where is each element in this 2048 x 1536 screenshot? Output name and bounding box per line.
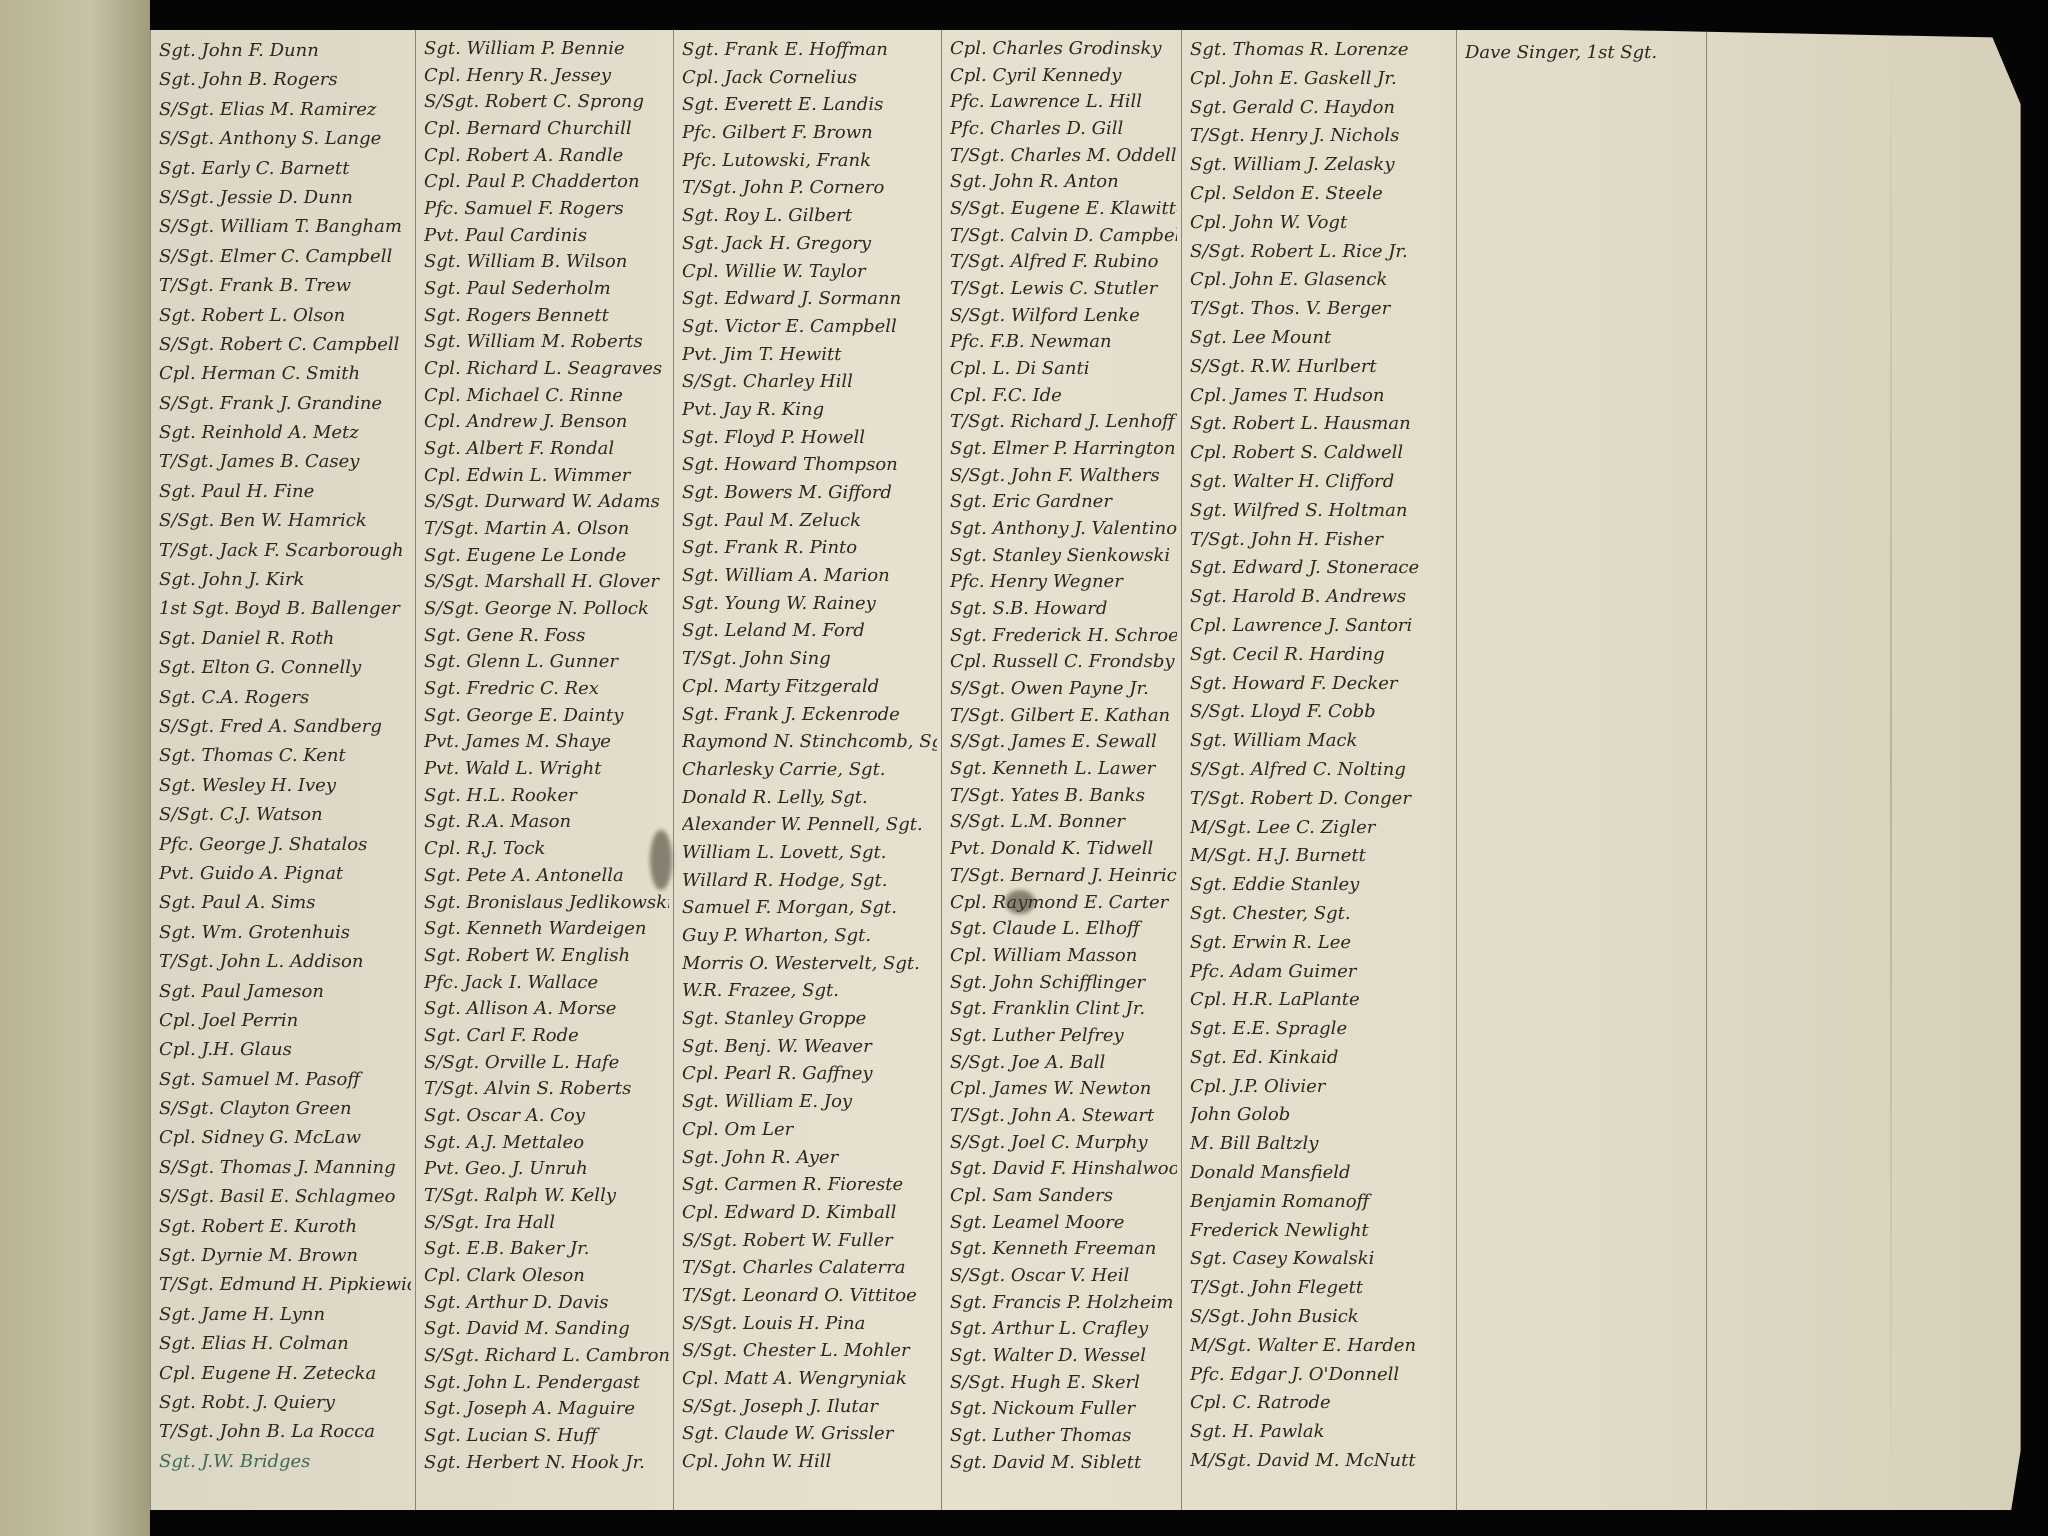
signature-entry: Sgt. Pete A. Antonella	[424, 863, 669, 890]
signature-column-2: Sgt. William P. BennieCpl. Henry R. Jess…	[415, 30, 673, 1510]
signature-entry: T/Sgt. Leonard O. Vittitoe	[682, 1282, 937, 1310]
signature-entry: Sgt. Luther Pelfrey	[950, 1023, 1177, 1050]
signature-entry: S/Sgt. L.M. Bonner	[950, 809, 1177, 836]
signature-entry: Sgt. Oscar A. Coy	[424, 1103, 669, 1130]
signature-entry: Sgt. Paul Jameson	[159, 977, 411, 1006]
signature-entry: S/Sgt. Basil E. Schlagmeo	[159, 1182, 411, 1211]
signature-entry: Guy P. Wharton, Sgt.	[682, 922, 937, 950]
signature-entry: Sgt. A.J. Mettaleo	[424, 1130, 669, 1157]
signature-entry: Cpl. William Masson	[950, 943, 1177, 970]
signature-entry: Pvt. Geo. J. Unruh	[424, 1156, 669, 1183]
signature-entry: Cpl. John E. Glasenck	[1190, 266, 1452, 295]
signature-entry: Pvt. Jim T. Hewitt	[682, 341, 937, 369]
signature-entry: Cpl. James W. Newton	[950, 1076, 1177, 1103]
signature-entry: T/Sgt. Martin A. Olson	[424, 516, 669, 543]
signature-entry: Sgt. Claude L. Elhoff	[950, 916, 1177, 943]
signature-entry: T/Sgt. Frank B. Trew	[159, 271, 411, 300]
signature-entry: Sgt. E.E. Spragle	[1190, 1015, 1452, 1044]
signature-entry: Cpl. Herman C. Smith	[159, 359, 411, 388]
signature-entry: Sgt. Daniel R. Roth	[159, 624, 411, 653]
signature-entry: Pfc. Edgar J. O'Donnell	[1190, 1361, 1452, 1390]
signature-entry: Morris O. Westervelt, Sgt.	[682, 950, 937, 978]
signature-entry: T/Sgt. Thos. V. Berger	[1190, 295, 1452, 324]
signature-entry: M/Sgt. David M. McNutt	[1190, 1447, 1452, 1476]
signature-entry: S/Sgt. George N. Pollock	[424, 596, 669, 623]
signature-entry: Sgt. William Mack	[1190, 727, 1452, 756]
signature-entry: Sgt. William M. Roberts	[424, 329, 669, 356]
signature-entry: Cpl. John W. Vogt	[1190, 209, 1452, 238]
signature-entry: Sgt. Jack H. Gregory	[682, 230, 937, 258]
signature-entry: Sgt. William E. Joy	[682, 1088, 937, 1116]
signature-entry: S/Sgt. R.W. Hurlbert	[1190, 353, 1452, 382]
signature-entry: Pvt. Paul Cardinis	[424, 223, 669, 250]
signature-entry: Cpl. Michael C. Rinne	[424, 383, 669, 410]
signature-entry: Sgt. David F. Hinshalwood	[950, 1156, 1177, 1183]
signature-entry: Cpl. Sam Sanders	[950, 1183, 1177, 1210]
signature-entry: T/Sgt. Jack F. Scarborough	[159, 536, 411, 565]
signature-entry: T/Sgt. Lewis C. Stutler	[950, 276, 1177, 303]
signature-entry: S/Sgt. Eugene E. Klawitter	[950, 196, 1177, 223]
signature-entry: S/Sgt. William T. Bangham	[159, 212, 411, 241]
signature-entry: Cpl. C. Ratrode	[1190, 1389, 1452, 1418]
signature-entry: Sgt. Lucian S. Huff	[424, 1423, 669, 1450]
signature-entry: S/Sgt. Robert C. Sprong	[424, 89, 669, 116]
signature-entry: Sgt. Jame H. Lynn	[159, 1300, 411, 1329]
signature-entry: S/Sgt. Joel C. Murphy	[950, 1130, 1177, 1157]
signature-entry: Sgt. E.B. Baker Jr.	[424, 1236, 669, 1263]
signature-entry: Cpl. Russell C. Frondsby	[950, 649, 1177, 676]
signature-entry: Sgt. Francis P. Holzheim	[950, 1290, 1177, 1317]
signature-entry: T/Sgt. John Sing	[682, 645, 937, 673]
signature-entry: Sgt. John F. Dunn	[159, 36, 411, 65]
signature-entry: T/Sgt. John A. Stewart	[950, 1103, 1177, 1130]
signature-entry: Sgt. Rogers Bennett	[424, 303, 669, 330]
signature-entry: Cpl. H.R. LaPlante	[1190, 986, 1452, 1015]
signature-entry: T/Sgt. Edmund H. Pipkiewicz	[159, 1270, 411, 1299]
signature-entry: Sgt. David M. Sanding	[424, 1316, 669, 1343]
signature-entry: Pfc. Samuel F. Rogers	[424, 196, 669, 223]
signature-entry: Sgt. Paul A. Sims	[159, 888, 411, 917]
signature-entry: Sgt. Paul Sederholm	[424, 276, 669, 303]
signature-entry: Cpl. John W. Hill	[682, 1448, 937, 1476]
signature-entry: Pvt. Guido A. Pignat	[159, 859, 411, 888]
signature-entry: Sgt. Leamel Moore	[950, 1210, 1177, 1237]
signature-entry: S/Sgt. Owen Payne Jr.	[950, 676, 1177, 703]
signature-entry: S/Sgt. James E. Sewall	[950, 729, 1177, 756]
signature-entry: Sgt. Robt. J. Quiery	[159, 1388, 411, 1417]
signature-entry: S/Sgt. Frank J. Grandine	[159, 389, 411, 418]
signature-entry: Sgt. Gerald C. Haydon	[1190, 94, 1452, 123]
signature-entry: Cpl. Sidney G. McLaw	[159, 1123, 411, 1152]
signature-entry: Sgt. Anthony J. Valentino	[950, 516, 1177, 543]
signature-entry: T/Sgt. James B. Casey	[159, 447, 411, 476]
signature-entry: S/Sgt. Joseph J. Ilutar	[682, 1393, 937, 1421]
signature-entry: S/Sgt. Lloyd F. Cobb	[1190, 698, 1452, 727]
signature-entry: S/Sgt. Jessie D. Dunn	[159, 183, 411, 212]
signature-entry: S/Sgt. Clayton Green	[159, 1094, 411, 1123]
signature-entry: Cpl. Lawrence J. Santori	[1190, 612, 1452, 641]
signature-entry: S/Sgt. Hugh E. Skerl	[950, 1370, 1177, 1397]
signature-entry: Sgt. Floyd P. Howell	[682, 424, 937, 452]
signature-entry: S/Sgt. C.J. Watson	[159, 800, 411, 829]
signature-entry: Sgt. Frank E. Hoffman	[682, 36, 937, 64]
signature-entry: T/Sgt. Alfred F. Rubino	[950, 249, 1177, 276]
signature-entry: T/Sgt. Gilbert E. Kathan	[950, 703, 1177, 730]
signature-entry: Sgt. Claude W. Grissler	[682, 1420, 937, 1448]
signature-entry: Cpl. Clark Oleson	[424, 1263, 669, 1290]
paper-fold	[1890, 30, 1892, 1510]
signature-entry: Sgt. Stanley Sienkowski	[950, 543, 1177, 570]
signature-entry: Charlesky Carrie, Sgt.	[682, 756, 937, 784]
signature-entry: S/Sgt. John Busick	[1190, 1303, 1452, 1332]
signature-entry: Cpl. Edwin L. Wimmer	[424, 463, 669, 490]
signature-entry: Cpl. Seldon E. Steele	[1190, 180, 1452, 209]
signature-entry: Sgt. Young W. Rainey	[682, 590, 937, 618]
signature-entry: S/Sgt. Charley Hill	[682, 368, 937, 396]
signature-entry: Sgt. William B. Wilson	[424, 249, 669, 276]
signature-column-5: Sgt. Thomas R. LorenzeCpl. John E. Gaske…	[1181, 30, 1456, 1510]
signature-entry: Sgt. Edward J. Stonerace	[1190, 554, 1452, 583]
signature-entry: Sgt. Ed. Kinkaid	[1190, 1044, 1452, 1073]
signature-entry: T/Sgt. Richard J. Lenhoff	[950, 409, 1177, 436]
signature-entry: Sgt. Leland M. Ford	[682, 617, 937, 645]
signature-entry: S/Sgt. Wilford Lenke	[950, 303, 1177, 330]
signature-entry: Pfc. Jack I. Wallace	[424, 970, 669, 997]
signature-entry: Pfc. Henry Wegner	[950, 569, 1177, 596]
signature-entry: Sgt. Arthur D. Davis	[424, 1290, 669, 1317]
signature-entry: S/Sgt. Ira Hall	[424, 1210, 669, 1237]
signature-entry: Sgt. Robert L. Olson	[159, 301, 411, 330]
signature-entry: Sgt. Thomas R. Lorenze	[1190, 36, 1452, 65]
signature-entry: Cpl. Cyril Kennedy	[950, 63, 1177, 90]
signature-entry: S/Sgt. Oscar V. Heil	[950, 1263, 1177, 1290]
signature-entry: T/Sgt. Henry J. Nichols	[1190, 122, 1452, 151]
signature-entry: Sgt. R.A. Mason	[424, 809, 669, 836]
signature-entry: S/Sgt. Elias M. Ramirez	[159, 95, 411, 124]
signature-entry: T/Sgt. Charles M. Oddell	[950, 143, 1177, 170]
ink-blot	[650, 830, 672, 890]
signature-entry: Sgt. Benj. W. Weaver	[682, 1033, 937, 1061]
signature-entry: T/Sgt. Robert D. Conger	[1190, 785, 1452, 814]
signature-entry: Cpl. Eugene H. Zetecka	[159, 1359, 411, 1388]
signature-entry: John Golob	[1190, 1101, 1452, 1130]
signature-entry: Dave Singer, 1st Sgt.	[1465, 36, 1702, 70]
signature-entry: Sgt. Howard Thompson	[682, 451, 937, 479]
signature-entry: Sgt. Nickoum Fuller	[950, 1396, 1177, 1423]
signature-entry: Pvt. Wald L. Wright	[424, 756, 669, 783]
signature-entry: Sgt. Chester, Sgt.	[1190, 900, 1452, 929]
signature-entry: Sgt. Kenneth Wardeigen	[424, 916, 669, 943]
signature-entry: S/Sgt. Durward W. Adams	[424, 489, 669, 516]
blank-column	[1706, 30, 2006, 1510]
signature-entry: Pfc. Lawrence L. Hill	[950, 89, 1177, 116]
signature-entry: Sgt. Cecil R. Harding	[1190, 641, 1452, 670]
signature-entry: Pfc. Gilbert F. Brown	[682, 119, 937, 147]
signature-entry: Pvt. Donald K. Tidwell	[950, 836, 1177, 863]
signature-entry: Cpl. Raymond E. Carter	[950, 890, 1177, 917]
signature-entry: Sgt. Lee Mount	[1190, 324, 1452, 353]
signature-entry: Sgt. Eric Gardner	[950, 489, 1177, 516]
signature-entry: Sgt. Gene R. Foss	[424, 623, 669, 650]
signature-entry: Sgt. Elmer P. Harrington	[950, 436, 1177, 463]
signature-entry: Pfc. Lutowski, Frank	[682, 147, 937, 175]
signature-entry: William L. Lovett, Sgt.	[682, 839, 937, 867]
signature-entry: Sgt. George E. Dainty	[424, 703, 669, 730]
signature-entry: Pvt. James M. Shaye	[424, 729, 669, 756]
signature-entry: Sgt. H. Pawlak	[1190, 1418, 1452, 1447]
signature-entry: Pfc. George J. Shatalos	[159, 830, 411, 859]
signature-entry: M. Bill Baltzly	[1190, 1130, 1452, 1159]
signature-entry: Sgt. Thomas C. Kent	[159, 741, 411, 770]
signature-entry: S/Sgt. Fred A. Sandberg	[159, 712, 411, 741]
signature-entry: Cpl. James T. Hudson	[1190, 382, 1452, 411]
signature-entry: Sgt. Wesley H. Ivey	[159, 771, 411, 800]
signature-entry: Sgt. Joseph A. Maguire	[424, 1396, 669, 1423]
signature-entry: Sgt. Kenneth Freeman	[950, 1236, 1177, 1263]
signature-entry: Alexander W. Pennell, Sgt.	[682, 811, 937, 839]
signature-entry: Sgt. Fredric C. Rex	[424, 676, 669, 703]
signature-entry: Sgt. Paul M. Zeluck	[682, 507, 937, 535]
signature-entry: Frederick Newlight	[1190, 1217, 1452, 1246]
signature-entry: Sgt. David M. Siblett	[950, 1450, 1177, 1477]
signature-entry: 1st Sgt. Boyd B. Ballenger	[159, 594, 411, 623]
signature-entry: Sgt. Frank J. Eckenrode	[682, 701, 937, 729]
signature-entry: Sgt. Albert F. Rondal	[424, 436, 669, 463]
signature-entry: Cpl. L. Di Santi	[950, 356, 1177, 383]
signature-entry: S/Sgt. Richard L. Cambron	[424, 1343, 669, 1370]
signature-entry: Sgt. Harold B. Andrews	[1190, 583, 1452, 612]
signature-entry: Pfc. Adam Guimer	[1190, 958, 1452, 987]
signature-entry: T/Sgt. Charles Calaterra	[682, 1254, 937, 1282]
signature-entry: S/Sgt. Anthony S. Lange	[159, 124, 411, 153]
signature-entry: Sgt. Robert E. Kuroth	[159, 1212, 411, 1241]
signature-entry: Donald R. Lelly, Sgt.	[682, 784, 937, 812]
signature-entry: Cpl. Pearl R. Gaffney	[682, 1060, 937, 1088]
signature-entry: T/Sgt. John B. La Rocca	[159, 1417, 411, 1446]
signature-entry: S/Sgt. Orville L. Hafe	[424, 1050, 669, 1077]
signature-entry: Cpl. F.C. Ide	[950, 383, 1177, 410]
signature-entry: Cpl. J.H. Glaus	[159, 1035, 411, 1064]
signature-entry: Cpl. Richard L. Seagraves	[424, 356, 669, 383]
signature-entry: S/Sgt. Chester L. Mohler	[682, 1337, 937, 1365]
signature-entry: S/Sgt. Robert L. Rice Jr.	[1190, 238, 1452, 267]
signature-entry: Sgt. Wilfred S. Holtman	[1190, 497, 1452, 526]
signature-entry: Sgt. Arthur L. Crafley	[950, 1316, 1177, 1343]
signature-entry: Sgt. Early C. Barnett	[159, 154, 411, 183]
signature-entry: Sgt. John L. Pendergast	[424, 1370, 669, 1397]
signature-entry: Willard R. Hodge, Sgt.	[682, 867, 937, 895]
signature-entry: Sgt. Bowers M. Gifford	[682, 479, 937, 507]
signature-entry: Sgt. Victor E. Campbell	[682, 313, 937, 341]
signature-entry: Sgt. Reinhold A. Metz	[159, 418, 411, 447]
signature-entry: Cpl. Matt A. Wengryniak	[682, 1365, 937, 1393]
signature-entry: T/Sgt. John H. Fisher	[1190, 526, 1452, 555]
signature-entry: M/Sgt. H.J. Burnett	[1190, 842, 1452, 871]
signature-entry: Cpl. Henry R. Jessey	[424, 63, 669, 90]
signature-entry: Sgt. Stanley Groppe	[682, 1005, 937, 1033]
signature-column-6: Dave Singer, 1st Sgt.	[1456, 30, 1706, 1510]
signature-entry: T/Sgt. Ralph W. Kelly	[424, 1183, 669, 1210]
signature-entry: Sgt. Luther Thomas	[950, 1423, 1177, 1450]
signature-entry: Sgt. Frederick H. Schroedl	[950, 623, 1177, 650]
signature-entry: T/Sgt. Yates B. Banks	[950, 783, 1177, 810]
signature-entry: Sgt. Dyrnie M. Brown	[159, 1241, 411, 1270]
signature-entry: Sgt. Robert L. Hausman	[1190, 410, 1452, 439]
signature-entry: Sgt. Erwin R. Lee	[1190, 929, 1452, 958]
signature-entry: T/Sgt. Bernard J. Heinrich	[950, 863, 1177, 890]
signature-entry: S/Sgt. Robert W. Fuller	[682, 1227, 937, 1255]
facing-page-edge	[0, 0, 150, 1536]
signature-entry: Pfc. F.B. Newman	[950, 329, 1177, 356]
signature-entry: S/Sgt. Robert C. Campbell	[159, 330, 411, 359]
signature-entry: Sgt. H.L. Rooker	[424, 783, 669, 810]
signature-entry: Cpl. Joel Perrin	[159, 1006, 411, 1035]
signature-entry: Cpl. Charles Grodinsky	[950, 36, 1177, 63]
signature-entry: Sgt. John J. Kirk	[159, 565, 411, 594]
signature-entry: S/Sgt. Joe A. Ball	[950, 1050, 1177, 1077]
signature-entry: Sgt. J.W. Bridges	[159, 1447, 411, 1476]
register-page: Sgt. John F. DunnSgt. John B. RogersS/Sg…	[150, 30, 2030, 1510]
signature-entry: Sgt. John B. Rogers	[159, 65, 411, 94]
signature-entry: S/Sgt. Ben W. Hamrick	[159, 506, 411, 535]
signature-entry: Sgt. Samuel M. Pasoff	[159, 1065, 411, 1094]
signature-entry: Sgt. Walter D. Wessel	[950, 1343, 1177, 1370]
signature-entry: Cpl. Marty Fitzgerald	[682, 673, 937, 701]
ink-blot	[1005, 890, 1035, 914]
signature-entry: Cpl. Robert S. Caldwell	[1190, 439, 1452, 468]
signature-entry: T/Sgt. John P. Cornero	[682, 174, 937, 202]
signature-entry: S/Sgt. Alfred C. Nolting	[1190, 756, 1452, 785]
signature-entry: M/Sgt. Lee C. Zigler	[1190, 814, 1452, 843]
signature-entry: Sgt. Carl F. Rode	[424, 1023, 669, 1050]
signature-entry: Sgt. John R. Anton	[950, 169, 1177, 196]
signature-entry: T/Sgt. John L. Addison	[159, 947, 411, 976]
signature-entry: S/Sgt. Marshall H. Glover	[424, 569, 669, 596]
signature-entry: Sgt. Casey Kowalski	[1190, 1245, 1452, 1274]
signature-entry: Pvt. Jay R. King	[682, 396, 937, 424]
signature-column-3: Sgt. Frank E. HoffmanCpl. Jack Cornelius…	[673, 30, 941, 1510]
signature-entry: Sgt. Edward J. Sormann	[682, 285, 937, 313]
signature-entry: Sgt. William P. Bennie	[424, 36, 669, 63]
signature-entry: Sgt. Kenneth L. Lawer	[950, 756, 1177, 783]
signature-entry: Sgt. William A. Marion	[682, 562, 937, 590]
signature-entry: Sgt. Elias H. Colman	[159, 1329, 411, 1358]
signature-entry: Sgt. Roy L. Gilbert	[682, 202, 937, 230]
signature-entry: Sgt. S.B. Howard	[950, 596, 1177, 623]
signature-entry: Pfc. Charles D. Gill	[950, 116, 1177, 143]
signature-entry: T/Sgt. Calvin D. Campbell	[950, 223, 1177, 250]
signature-column-1: Sgt. John F. DunnSgt. John B. RogersS/Sg…	[150, 30, 415, 1510]
signature-entry: T/Sgt. Alvin S. Roberts	[424, 1076, 669, 1103]
signature-entry: Benjamin Romanoff	[1190, 1188, 1452, 1217]
signature-entry: Sgt. Walter H. Clifford	[1190, 468, 1452, 497]
signature-entry: Sgt. Herbert N. Hook Jr.	[424, 1450, 669, 1477]
signature-entry: Raymond N. Stinchcomb, Sgt.	[682, 728, 937, 756]
signature-entry: S/Sgt. Thomas J. Manning	[159, 1153, 411, 1182]
signature-entry: Sgt. C.A. Rogers	[159, 683, 411, 712]
signature-entry: Sgt. Eddie Stanley	[1190, 871, 1452, 900]
signature-entry: Cpl. J.P. Olivier	[1190, 1073, 1452, 1102]
signature-entry: Cpl. Bernard Churchill	[424, 116, 669, 143]
signature-entry: Sgt. Eugene Le Londe	[424, 543, 669, 570]
signature-entry: Cpl. John E. Gaskell Jr.	[1190, 65, 1452, 94]
signature-entry: Cpl. R.J. Tock	[424, 836, 669, 863]
signature-entry: Donald Mansfield	[1190, 1159, 1452, 1188]
signature-entry: M/Sgt. Walter E. Harden	[1190, 1332, 1452, 1361]
signature-entry: Sgt. Wm. Grotenhuis	[159, 918, 411, 947]
signature-entry: Cpl. Edward D. Kimball	[682, 1199, 937, 1227]
signature-entry: Sgt. William J. Zelasky	[1190, 151, 1452, 180]
signature-entry: Cpl. Jack Cornelius	[682, 64, 937, 92]
signature-entry: Sgt. Bronislaus Jedlikowski	[424, 890, 669, 917]
signature-entry: Sgt. Robert W. English	[424, 943, 669, 970]
signature-entry: Samuel F. Morgan, Sgt.	[682, 894, 937, 922]
signature-entry: Cpl. Willie W. Taylor	[682, 258, 937, 286]
signature-entry: Sgt. Howard F. Decker	[1190, 670, 1452, 699]
signature-entry: Sgt. Glenn L. Gunner	[424, 649, 669, 676]
signature-entry: Sgt. Frank R. Pinto	[682, 534, 937, 562]
signature-entry: Cpl. Om Ler	[682, 1116, 937, 1144]
signature-entry: Sgt. Everett E. Landis	[682, 91, 937, 119]
signature-entry: S/Sgt. John F. Walthers	[950, 463, 1177, 490]
signature-entry: W.R. Frazee, Sgt.	[682, 977, 937, 1005]
signature-entry: Sgt. Elton G. Connelly	[159, 653, 411, 682]
signature-entry: Sgt. John R. Ayer	[682, 1144, 937, 1172]
signature-entry: Sgt. Franklin Clint Jr.	[950, 996, 1177, 1023]
signature-entry: Cpl. Andrew J. Benson	[424, 409, 669, 436]
signature-entry: Sgt. Allison A. Morse	[424, 996, 669, 1023]
signature-entry: Cpl. Paul P. Chadderton	[424, 169, 669, 196]
signature-entry: S/Sgt. Elmer C. Campbell	[159, 242, 411, 271]
signature-entry: T/Sgt. John Flegett	[1190, 1274, 1452, 1303]
signature-entry: Sgt. Carmen R. Fioreste	[682, 1171, 937, 1199]
signature-column-4: Cpl. Charles GrodinskyCpl. Cyril Kennedy…	[941, 30, 1181, 1510]
signature-entry: Cpl. Robert A. Randle	[424, 143, 669, 170]
signature-entry: Sgt. John Schifflinger	[950, 970, 1177, 997]
signature-entry: S/Sgt. Louis H. Pina	[682, 1310, 937, 1338]
signature-entry: Sgt. Paul H. Fine	[159, 477, 411, 506]
